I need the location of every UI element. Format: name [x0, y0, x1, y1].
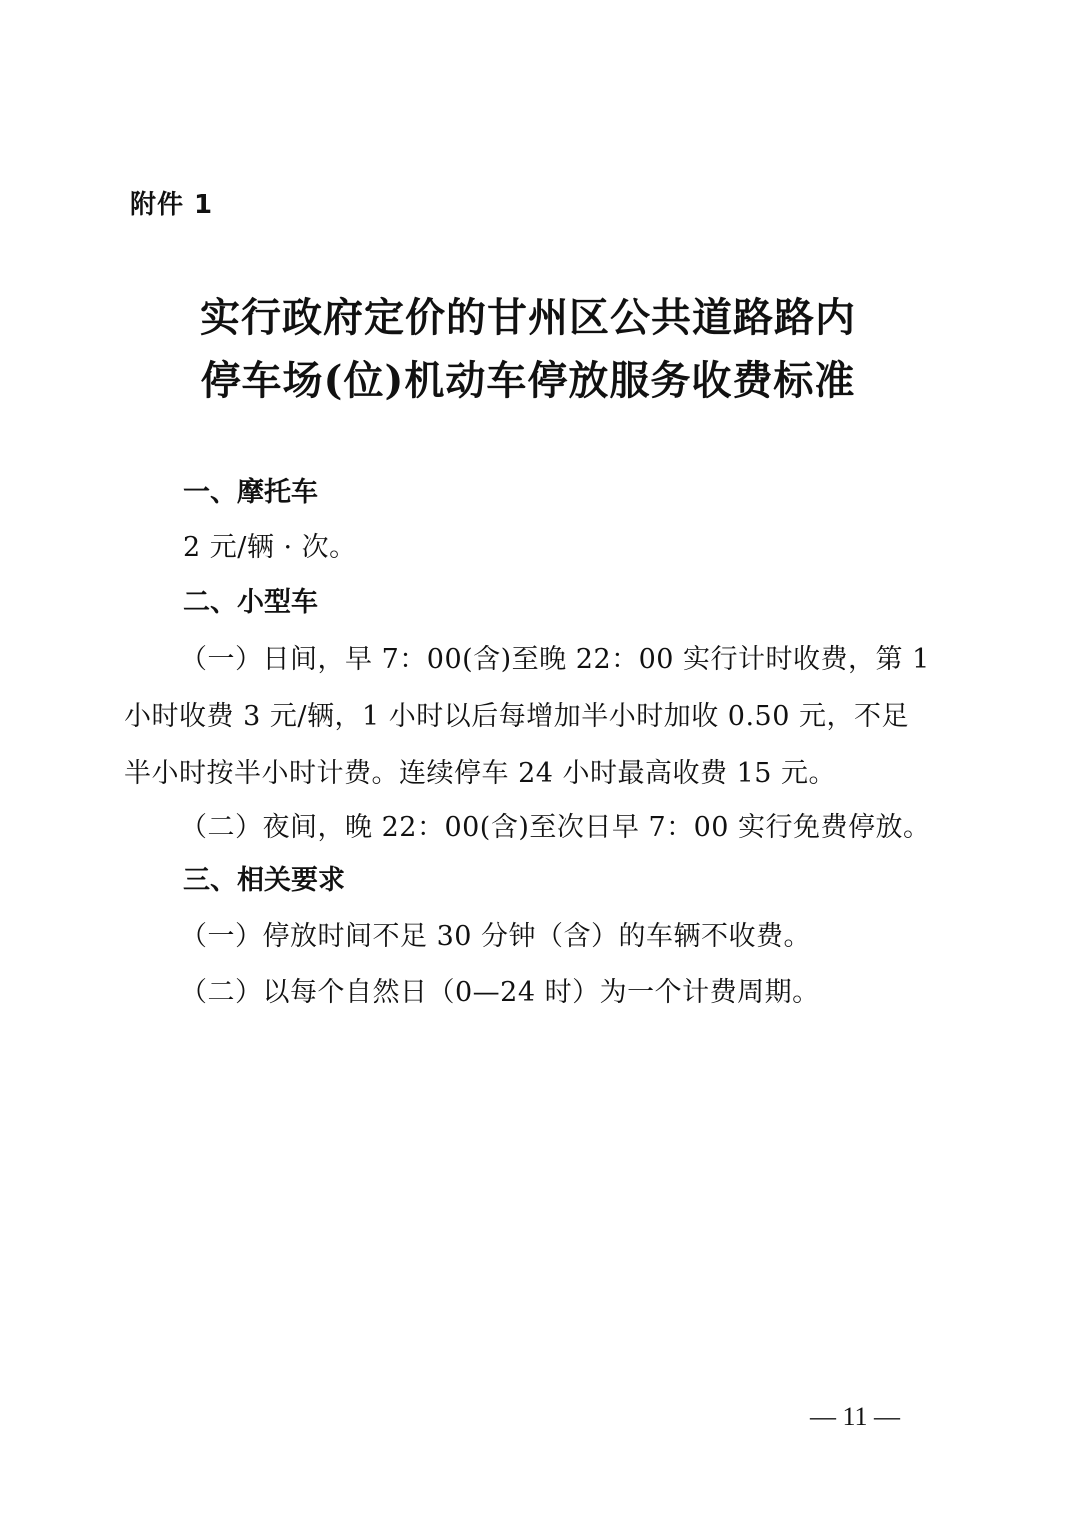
- small-car-night-text: （二）夜间，晚 22：00(含)至次日早 7：00 实行免费停放。: [180, 805, 931, 844]
- section-heading-motorcycle: 一、摩托车: [183, 470, 318, 509]
- document-title-line-2: 停车场(位)机动车停放服务收费标准: [0, 349, 1068, 406]
- document-title-line-1: 实行政府定价的甘州区公共道路路内: [0, 286, 1068, 343]
- requirement-2-text: （二）以每个自然日（0—24 时）为一个计费周期。: [180, 970, 820, 1009]
- page-number: — 11 —: [810, 1402, 900, 1432]
- document-page: 附件 1 实行政府定价的甘州区公共道路路内 停车场(位)机动车停放服务收费标准 …: [0, 0, 1080, 1527]
- small-car-daytime-line-2: 小时收费 3 元/辆，1 小时以后每增加半小时加收 0.50 元，不足: [124, 694, 909, 733]
- requirement-1-text: （一）停放时间不足 30 分钟（含）的车辆不收费。: [180, 914, 811, 953]
- attachment-label: 附件 1: [130, 184, 213, 221]
- section-heading-small-car: 二、小型车: [183, 580, 318, 619]
- section-heading-requirements: 三、相关要求: [183, 858, 345, 897]
- small-car-daytime-line-3: 半小时按半小时计费。连续停车 24 小时最高收费 15 元。: [124, 751, 836, 790]
- small-car-daytime-line-1: （一）日间，早 7：00(含)至晚 22：00 实行计时收费，第 1: [180, 637, 930, 676]
- motorcycle-fee-text: 2 元/辆 · 次。: [183, 525, 357, 564]
